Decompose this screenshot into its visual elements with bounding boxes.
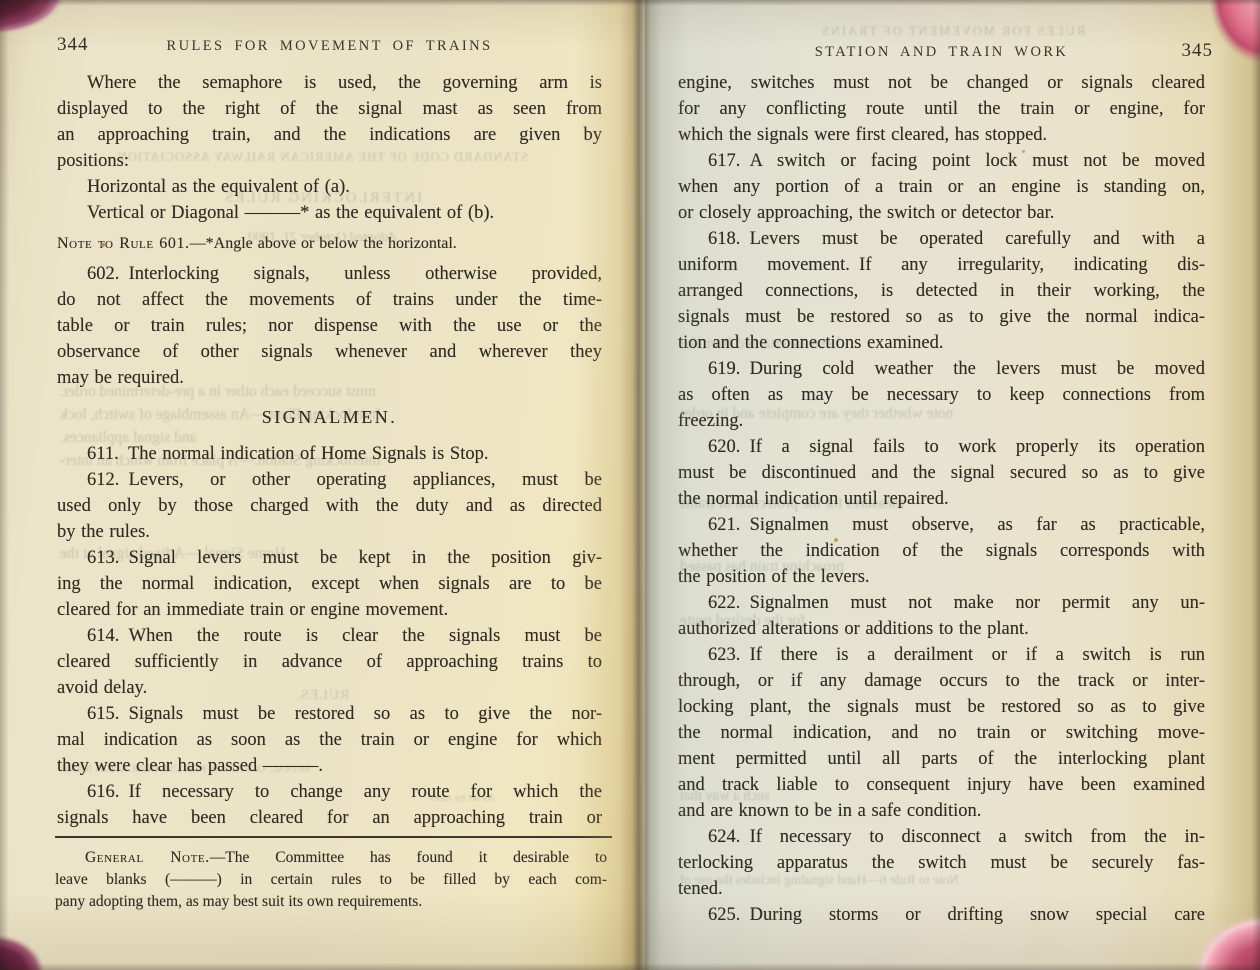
text-line: by the rules.	[57, 519, 602, 545]
paragraph: 624. If necessary to disconnect a switch…	[678, 824, 1205, 902]
text-line: signals must be restored so as to give t…	[678, 304, 1205, 330]
text-line: cleared sufficiently in advance of appro…	[57, 649, 602, 675]
paragraph: 617. A switch or facing point lock must …	[678, 148, 1205, 226]
text-line: 618. Levers must be operated carefully a…	[678, 226, 1205, 252]
section-heading: SIGNALMEN.	[57, 404, 602, 430]
paragraph: 614. When the route is clear the signals…	[57, 623, 602, 701]
text-line: 616. If necessary to change any route fo…	[57, 779, 602, 805]
paragraph: 622. Signalmen must not make nor permit …	[678, 590, 1205, 642]
paragraph: 620. If a signal fails to work properly …	[678, 434, 1205, 512]
paragraph: Horizontal as the equivalent of (a).	[57, 174, 602, 200]
text-line: freezing.	[678, 408, 1205, 434]
text-line: the position of the levers.	[678, 564, 1205, 590]
text-line: the normal indication, and no train or s…	[678, 720, 1205, 746]
text-line: locking plant, the signals must be resto…	[678, 694, 1205, 720]
text-line: table or train rules; nor dispense with …	[57, 313, 602, 339]
text-line: may be required.	[57, 365, 602, 391]
text-line: uniform movement. If any irregularity, i…	[678, 252, 1205, 278]
page-left: STANDARD CODE OF THE AMERICAN RAILWAY AS…	[0, 0, 645, 970]
text-line: mal indication as soon as the train or e…	[57, 727, 602, 753]
text-line: authorized alterations or additions to t…	[678, 616, 1205, 642]
text-line: 621. Signalmen must observe, as far as p…	[678, 512, 1205, 538]
rule-note: Note to Rule 601.—*Angle above or below …	[57, 231, 602, 254]
text-line: 613. Signal levers must be kept in the p…	[57, 545, 602, 571]
text-line: 611. The normal indication of Home Signa…	[57, 441, 602, 467]
text-line: the normal indication until repaired.	[678, 486, 1205, 512]
footnote-line: leave blanks (———) in certain rules to b…	[55, 869, 607, 891]
paragraph: 613. Signal levers must be kept in the p…	[57, 545, 602, 623]
text-line: positions:	[57, 148, 602, 174]
text-line: which the signals were first cleared, ha…	[678, 122, 1205, 148]
paragraph: 612. Levers, or other operating applianc…	[57, 467, 602, 545]
text-line: whether the indication of the signals co…	[678, 538, 1205, 564]
text-line: must be discontinued and the signal secu…	[678, 460, 1205, 486]
text-line: 614. When the route is clear the signals…	[57, 623, 602, 649]
text-line: displayed to the right of the signal mas…	[57, 96, 602, 122]
text-line: they were clear has passed ———.	[57, 753, 602, 779]
text-line: engine, switches must not be changed or …	[678, 70, 1205, 96]
paragraph: Where the semaphore is used, the governi…	[57, 70, 602, 174]
text-line: for any conflicting route until the trai…	[678, 96, 1205, 122]
text-line: 620. If a signal fails to work properly …	[678, 434, 1205, 460]
text-line: used only by those charged with the duty…	[57, 493, 602, 519]
text-line: tion and the connections examined.	[678, 330, 1205, 356]
show-through-text: RULES FOR MOVEMENT OF TRAINS	[645, 24, 1260, 39]
page-body-left: Where the semaphore is used, the governi…	[57, 70, 602, 831]
text-line: 625. During storms or drifting snow spec…	[678, 902, 1205, 928]
page-right: RULES FOR MOVEMENT OF TRAINSbeen ascerta…	[645, 0, 1260, 970]
paragraph: engine, switches must not be changed or …	[678, 70, 1205, 148]
text-line: 622. Signalmen must not make nor permit …	[678, 590, 1205, 616]
text-line: 619. During cold weather the levers must…	[678, 356, 1205, 382]
text-line: avoid delay.	[57, 675, 602, 701]
small-caps-label: Note to Rule 601.	[57, 235, 190, 252]
paragraph: 625. During storms or drifting snow spec…	[678, 902, 1205, 928]
text-line: signals have been cleared for an approac…	[57, 805, 602, 831]
text-line: through, or if any damage occurs to the …	[678, 668, 1205, 694]
running-head-left: RULES FOR MOVEMENT OF TRAINS	[57, 38, 602, 55]
text-line: arranged connections, is detected in the…	[678, 278, 1205, 304]
text-line: Vertical or Diagonal ———* as the equival…	[57, 200, 602, 226]
text-line: 602. Interlocking signals, unless otherw…	[57, 261, 602, 287]
text-line: 624. If necessary to disconnect a switch…	[678, 824, 1205, 850]
paragraph: 618. Levers must be operated carefully a…	[678, 226, 1205, 356]
book-scan: STANDARD CODE OF THE AMERICAN RAILWAY AS…	[0, 0, 1260, 970]
running-head-right: STATION AND TRAIN WORK	[678, 44, 1205, 61]
text-line: when any portion of a train or an engine…	[678, 174, 1205, 200]
paragraph: 619. During cold weather the levers must…	[678, 356, 1205, 434]
text-line: an approaching train, and the indication…	[57, 122, 602, 148]
footnote-rule	[55, 836, 612, 838]
text-line: 615. Signals must be restored so as to g…	[57, 701, 602, 727]
text-line: and are known to be in a safe condition.	[678, 798, 1205, 824]
text-line: Horizontal as the equivalent of (a).	[57, 174, 602, 200]
text-line: cleared for an immediate train or engine…	[57, 597, 602, 623]
text-line: and track liable to consequent injury ha…	[678, 772, 1205, 798]
paragraph: 616. If necessary to change any route fo…	[57, 779, 602, 831]
paragraph: 611. The normal indication of Home Signa…	[57, 441, 602, 467]
text-line: 623. If there is a derailment or if a sw…	[678, 642, 1205, 668]
small-caps-label: General Note.	[85, 849, 210, 866]
text-line: 612. Levers, or other operating applianc…	[57, 467, 602, 493]
text-line: Where the semaphore is used, the governi…	[57, 70, 602, 96]
text-line: Note to Rule 601.—*Angle above or below …	[57, 231, 602, 254]
text-line: observance of other signals whenever and…	[57, 339, 602, 365]
text-line: ment permitted until all parts of the in…	[678, 746, 1205, 772]
text-line: 617. A switch or facing point lock must …	[678, 148, 1205, 174]
text-line: tened.	[678, 876, 1205, 902]
text-line: or closely approaching, the switch or de…	[678, 200, 1205, 226]
text-line: ing the normal indication, except when s…	[57, 571, 602, 597]
text-line: as often as may be necessary to keep con…	[678, 382, 1205, 408]
paragraph: 621. Signalmen must observe, as far as p…	[678, 512, 1205, 590]
footnote-line: General Note.—The Committee has found it…	[55, 847, 607, 869]
text-line: do not affect the movements of trains un…	[57, 287, 602, 313]
paragraph: 615. Signals must be restored so as to g…	[57, 701, 602, 779]
footnote-line: pany adopting them, as may best suit its…	[55, 891, 607, 913]
paragraph: 602. Interlocking signals, unless otherw…	[57, 261, 602, 391]
paragraph: 623. If there is a derailment or if a sw…	[678, 642, 1205, 824]
paragraph: Vertical or Diagonal ———* as the equival…	[57, 200, 602, 226]
footnote: General Note.—The Committee has found it…	[55, 836, 607, 913]
page-body-right: engine, switches must not be changed or …	[678, 70, 1205, 928]
text-line: terlocking apparatus the switch must be …	[678, 850, 1205, 876]
